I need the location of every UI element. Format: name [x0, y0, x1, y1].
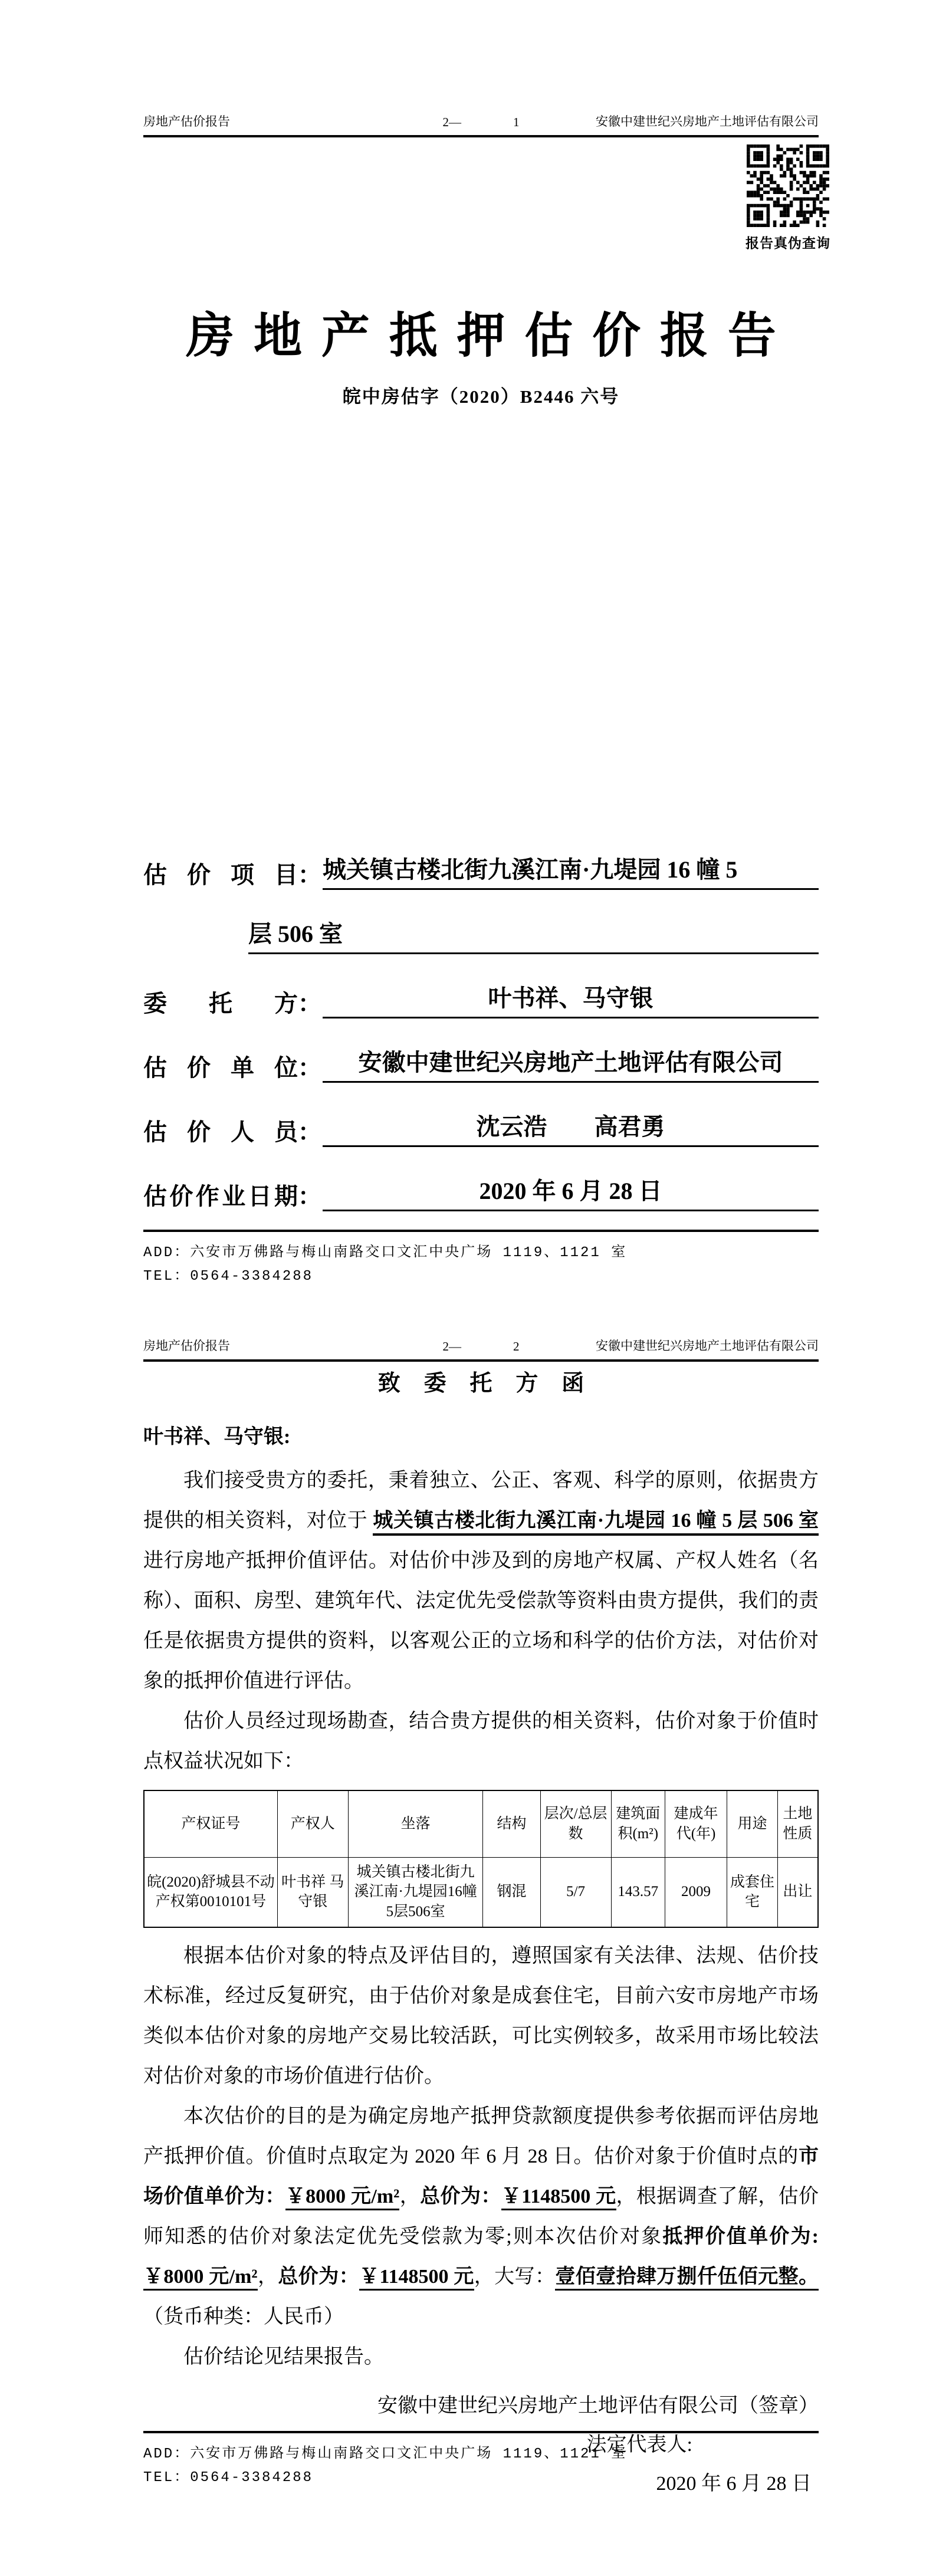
mortgage-unit-price-value: ￥8000 元/m² — [143, 2266, 258, 2291]
cell-structure: 钢混 — [483, 1857, 540, 1927]
footer-phone: TEL：0564-3384288 — [143, 1265, 819, 1289]
qr-code-icon — [747, 144, 829, 227]
field-project-value-line1: 城关镇古楼北街九溪江南·九堤园 16 幢 5 — [323, 855, 819, 890]
cell-location: 城关镇古楼北街九溪江南·九堤园16幢5层506室 — [348, 1857, 483, 1927]
price-in-words: 壹佰壹拾肆万捌仟伍佰元整。 — [555, 2266, 819, 2291]
page-number: 1 — [513, 115, 520, 130]
field-staff-value: 沈云浩 高君勇 — [323, 1112, 819, 1147]
page-2-letter: 房地产估价报告 2— 2 安徽中建世纪兴房地产土地评估有限公司 致委托方函 叶书… — [0, 1303, 936, 2576]
table-header-row: 产权证号 产权人 坐落 结构 层次/总层数 建筑面积(m²) 建成年代(年) 用… — [144, 1790, 818, 1858]
para1-property-address: 城关镇古楼北街九溪江南·九堤园 16 幢 5 层 506 室 — [373, 1510, 819, 1536]
col-land-nature: 土地性质 — [777, 1790, 818, 1858]
cell-year-built: 2009 — [665, 1857, 727, 1927]
page-footer: ADD：六安市万佛路与梅山南路交口文汇中央广场 1119、1121 室 TEL：… — [143, 2431, 819, 2490]
header-doc-title: 房地产估价报告 — [143, 112, 443, 130]
header-company-name: 安徽中建世纪兴房地产土地评估有限公司 — [520, 1336, 819, 1354]
field-project-label: 估价项目 — [143, 860, 298, 890]
col-structure: 结构 — [483, 1790, 540, 1858]
para4-text: ，大写： — [474, 2266, 556, 2288]
page-count-prefix: 2— — [443, 1339, 462, 1354]
cell-floor: 5/7 — [540, 1857, 611, 1927]
mortgage-unit-price-label: 抵押价值单价为: — [662, 2226, 819, 2248]
field-client-value: 叶书祥、马守银 — [323, 984, 819, 1018]
page-footer: ADD：六安市万佛路与梅山南路交口文汇中央广场 1119、1121 室 TEL：… — [143, 1230, 819, 1289]
letter-title: 致委托方函 — [143, 1370, 819, 1398]
mortgage-total-price-label: 总价为： — [278, 2266, 359, 2288]
header-doc-title: 房地产估价报告 — [143, 1336, 443, 1354]
field-colon: ： — [298, 1118, 323, 1147]
page-count-prefix: 2— — [443, 115, 462, 130]
letter-body: 我们接受贵方的委托，秉着独立、公正、客观、科学的原则，依据贵方提供的相关资料，对… — [143, 1461, 819, 2377]
market-total-price-label: 总价为： — [420, 2186, 501, 2207]
field-colon: ： — [298, 1053, 323, 1083]
signature-company: 安徽中建世纪兴房地产土地评估有限公司（签章） — [143, 2387, 819, 2426]
field-client-row: 委托方 ： 叶书祥、马守银 — [143, 984, 819, 1018]
cell-land-nature: 出让 — [777, 1857, 818, 1927]
field-staff-row: 估价人员 ： 沈云浩 高君勇 — [143, 1112, 819, 1147]
field-staff-label: 估价人员 — [143, 1118, 298, 1147]
field-colon: ： — [298, 860, 323, 890]
col-owner: 产权人 — [277, 1790, 348, 1858]
property-table: 产权证号 产权人 坐落 结构 层次/总层数 建筑面积(m²) 建成年代(年) 用… — [143, 1790, 819, 1928]
field-date-value: 2020 年 6 月 28 日 — [323, 1177, 819, 1211]
para4-text: ， — [399, 2186, 420, 2207]
field-project-row: 估价项目 ： 城关镇古楼北街九溪江南·九堤园 16 幢 5 — [143, 855, 819, 890]
field-agency-value: 安徽中建世纪兴房地产土地评估有限公司 — [323, 1048, 819, 1083]
footer-phone: TEL：0564-3384288 — [143, 2466, 819, 2490]
market-total-price-value: ￥1148500 元 — [501, 2186, 616, 2210]
page-number: 2 — [513, 1339, 520, 1354]
col-floor: 层次/总层数 — [540, 1790, 611, 1858]
field-project-row-2: 层 506 室 — [143, 919, 819, 954]
qr-caption: 报告真伪查询 — [744, 232, 832, 252]
field-agency-label: 估价单位 — [143, 1053, 298, 1083]
para4-text: 本次估价的目的是为确定房地产抵押贷款额度提供参考依据而评估房地产抵押价值。价值时… — [143, 2105, 819, 2167]
footer-address: ADD：六安市万佛路与梅山南路交口文汇中央广场 1119、1121 室 — [143, 2443, 819, 2466]
field-agency-row: 估价单位 ： 安徽中建世纪兴房地产土地评估有限公司 — [143, 1048, 819, 1083]
salutation: 叶书祥、马守银: — [143, 1424, 819, 1450]
table-data-row: 皖(2020)舒城县不动产权第0010101号 叶书祥 马守银 城关镇古楼北街九… — [144, 1857, 818, 1927]
col-cert-no: 产权证号 — [144, 1790, 277, 1858]
paragraph-conclusion: 估价结论见结果报告。 — [143, 2337, 819, 2377]
para4-text: ， — [258, 2266, 278, 2288]
mortgage-total-price-value: ￥1148500 元 — [359, 2266, 474, 2291]
cell-cert-no: 皖(2020)舒城县不动产权第0010101号 — [144, 1857, 277, 1927]
footer-address: ADD：六安市万佛路与梅山南路交口文汇中央广场 1119、1121 室 — [143, 1241, 819, 1265]
header-pagination: 2— 1 — [443, 115, 520, 130]
field-date-row: 估价作业日期 ： 2020 年 6 月 28 日 — [143, 1177, 819, 1211]
page-header: 房地产估价报告 2— 2 安徽中建世纪兴房地产土地评估有限公司 — [143, 1336, 819, 1362]
paragraph-method: 根据本估价对象的特点及评估目的，遵照国家有关法律、法规、估价技术标准，经过反复研… — [143, 1936, 819, 2097]
paragraph-valuation: 本次估价的目的是为确定房地产抵押贷款额度提供参考依据而评估房地产抵押价值。价值时… — [143, 2097, 819, 2337]
col-year-built: 建成年代(年) — [665, 1790, 727, 1858]
col-use: 用途 — [727, 1790, 778, 1858]
market-unit-price-value: ￥8000 元/m² — [285, 2186, 400, 2210]
field-colon: ： — [298, 989, 323, 1018]
field-project-value-line2: 层 506 室 — [248, 919, 819, 954]
field-colon: ： — [298, 1182, 323, 1211]
col-location: 坐落 — [348, 1790, 483, 1858]
para1-post: 进行房地产抵押价值评估。对估价中涉及到的房地产权属、产权人姓名（名称）、面积、房… — [143, 1550, 819, 1692]
paragraph-intro: 我们接受贵方的委托，秉着独立、公正、客观、科学的原则，依据贵方提供的相关资料，对… — [143, 1461, 819, 1701]
page-1-cover: 房地产估价报告 2— 1 安徽中建世纪兴房地产土地评估有限公司 报告真伪查询 房… — [0, 0, 936, 1303]
qr-verification-block: 报告真伪查询 — [744, 144, 832, 252]
report-number: 皖中房估字（2020）B2446 六号 — [143, 382, 819, 408]
col-area: 建筑面积(m²) — [611, 1790, 665, 1858]
cover-fields: 估价项目 ： 城关镇古楼北街九溪江南·九堤园 16 幢 5 层 506 室 委托… — [143, 855, 819, 1211]
header-company-name: 安徽中建世纪兴房地产土地评估有限公司 — [520, 112, 819, 130]
cell-area: 143.57 — [611, 1857, 665, 1927]
field-date-label: 估价作业日期 — [143, 1182, 298, 1211]
report-title: 房地产抵押估价报告 — [143, 308, 819, 364]
currency-type: （货币种类：人民币） — [143, 2306, 344, 2328]
page-header: 房地产估价报告 2— 1 安徽中建世纪兴房地产土地评估有限公司 — [143, 112, 819, 137]
field-client-label: 委托方 — [143, 989, 298, 1018]
cell-use: 成套住宅 — [727, 1857, 778, 1927]
cell-owner: 叶书祥 马守银 — [277, 1857, 348, 1927]
header-pagination: 2— 2 — [443, 1339, 520, 1354]
paragraph-survey: 估价人员经过现场勘查，结合贵方提供的相关资料，估价对象于价值时点权益状况如下： — [143, 1701, 819, 1782]
